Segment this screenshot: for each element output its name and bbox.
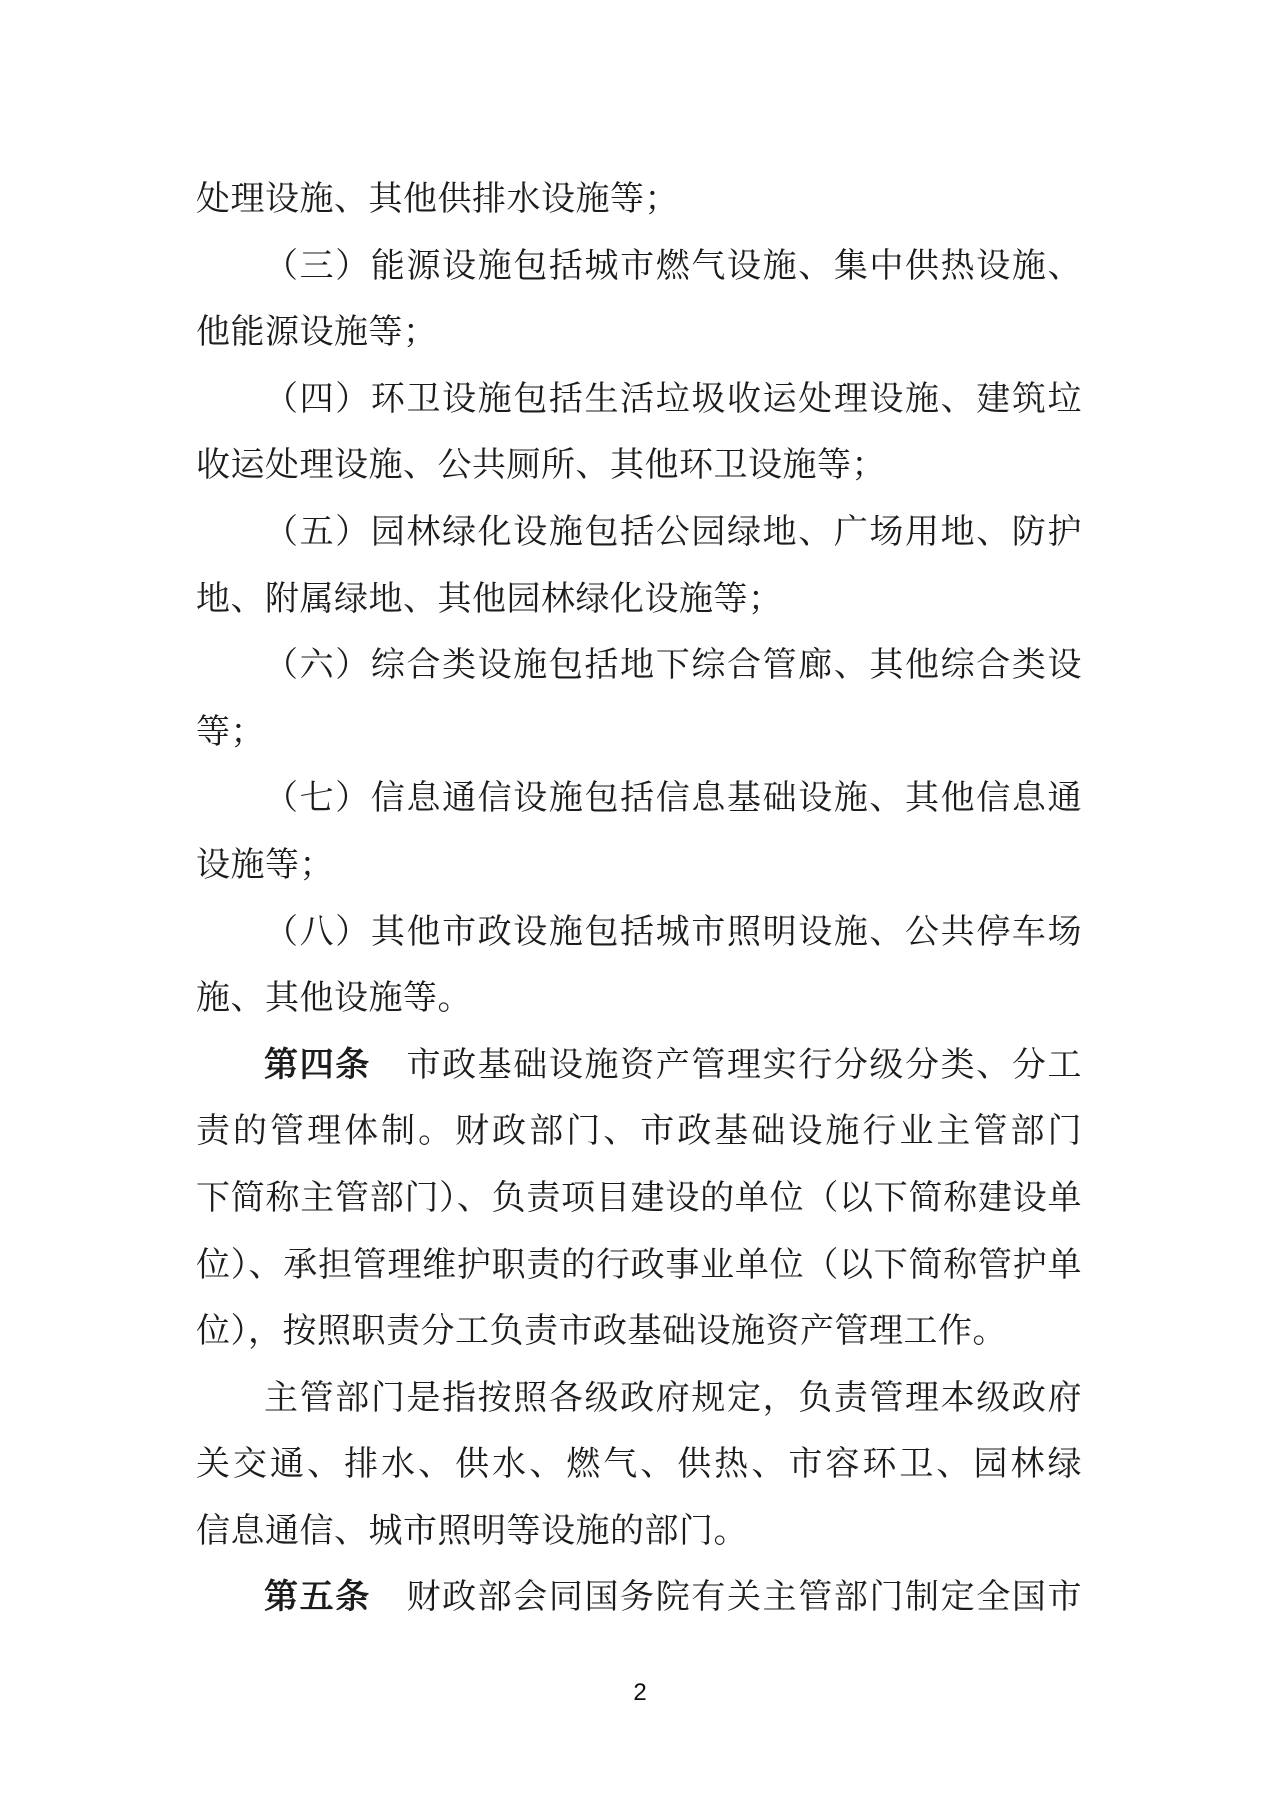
line-text: 信息通信、城市照明等设施的部门。 xyxy=(196,1511,748,1551)
line-text: 设施等； xyxy=(196,845,334,885)
page-number: 2 xyxy=(0,1678,1280,1708)
line-text: 施、其他设施等。 xyxy=(196,978,472,1018)
text-line: （四）环卫设施包括生活垃圾收运处理设施、建筑垃圾 xyxy=(196,366,1082,433)
line-text: （七）信息通信设施包括信息基础设施、其他信息通信 xyxy=(264,778,1082,832)
line-text: 责的管理体制。财政部门、市政基础设施行业主管部门（以 xyxy=(196,1111,1082,1165)
text-line: 关交通、排水、供水、燃气、供热、市容环卫、园林绿化、 xyxy=(196,1431,1082,1498)
text-line: （七）信息通信设施包括信息基础设施、其他信息通信 xyxy=(196,765,1082,832)
line-text: 等； xyxy=(196,712,265,752)
line-text: （三）能源设施包括城市燃气设施、集中供热设施、其 xyxy=(264,246,1082,300)
document-page: 处理设施、其他供排水设施等； （三）能源设施包括城市燃气设施、集中供热设施、其 … xyxy=(0,0,1280,1811)
line-text: 位）、承担管理维护职责的行政事业单位（以下简称管护单 xyxy=(196,1245,1082,1285)
text-line: 责的管理体制。财政部门、市政基础设施行业主管部门（以 xyxy=(196,1098,1082,1165)
line-text: 地、附属绿地、其他园林绿化设施等； xyxy=(196,579,783,619)
article-5-number: 第五条 xyxy=(264,1577,371,1617)
line-text: （八）其他市政设施包括城市照明设施、公共停车场设 xyxy=(264,912,1082,966)
line-text: 下简称主管部门）、负责项目建设的单位（以下简称建设单 xyxy=(196,1178,1082,1218)
text-line: 收运处理设施、公共厕所、其他环卫设施等； xyxy=(196,432,1082,499)
line-text: 收运处理设施、公共厕所、其他环卫设施等； xyxy=(196,445,886,485)
text-line: （八）其他市政设施包括城市照明设施、公共停车场设 xyxy=(196,899,1082,966)
line-text: 处理设施、其他供排水设施等； xyxy=(196,179,679,219)
text-line: 主管部门是指按照各级政府规定，负责管理本级政府有 xyxy=(196,1365,1082,1432)
line-text: 关交通、排水、供水、燃气、供热、市容环卫、园林绿化、 xyxy=(196,1444,1082,1498)
text-line: 地、附属绿地、其他园林绿化设施等； xyxy=(196,566,1082,633)
text-line: （三）能源设施包括城市燃气设施、集中供热设施、其 xyxy=(196,233,1082,300)
text-line: （五）园林绿化设施包括公园绿地、广场用地、防护绿 xyxy=(196,499,1082,566)
text-line: 信息通信、城市照明等设施的部门。 xyxy=(196,1498,1082,1565)
text-line: （六）综合类设施包括地下综合管廊、其他综合类设施 xyxy=(196,632,1082,699)
line-text: 他能源设施等； xyxy=(196,312,438,352)
text-line: 设施等； xyxy=(196,832,1082,899)
text-line: 位）、承担管理维护职责的行政事业单位（以下简称管护单 xyxy=(196,1232,1082,1299)
text-line article-5-opening-line: 第五条 财政部会同国务院有关主管部门制定全国市 xyxy=(196,1564,1082,1631)
line-text: （六）综合类设施包括地下综合管廊、其他综合类设施 xyxy=(264,645,1082,699)
line-text: 主管部门是指按照各级政府规定，负责管理本级政府有 xyxy=(264,1378,1082,1432)
line-text: （五）园林绿化设施包括公园绿地、广场用地、防护绿 xyxy=(264,512,1082,566)
document-body: 处理设施、其他供排水设施等； （三）能源设施包括城市燃气设施、集中供热设施、其 … xyxy=(196,166,1082,1631)
text-line: 施、其他设施等。 xyxy=(196,965,1082,1032)
article-4-number: 第四条 xyxy=(264,1045,371,1085)
text-line article-4-opening-line: 第四条 市政基础设施资产管理实行分级分类、分工负 xyxy=(196,1032,1082,1099)
text-line: 他能源设施等； xyxy=(196,299,1082,366)
text-line: 处理设施、其他供排水设施等； xyxy=(196,166,1082,233)
text-line: 位），按照职责分工负责市政基础设施资产管理工作。 xyxy=(196,1298,1082,1365)
text-line: 下简称主管部门）、负责项目建设的单位（以下简称建设单 xyxy=(196,1165,1082,1232)
line-text: 位），按照职责分工负责市政基础设施资产管理工作。 xyxy=(196,1311,1007,1351)
line-text: 财政部会同国务院有关主管部门制定全国市 xyxy=(371,1577,1082,1617)
line-text: （四）环卫设施包括生活垃圾收运处理设施、建筑垃圾 xyxy=(264,379,1082,433)
line-text: 市政基础设施资产管理实行分级分类、分工负 xyxy=(264,1045,1082,1099)
text-line: 等； xyxy=(196,699,1082,766)
